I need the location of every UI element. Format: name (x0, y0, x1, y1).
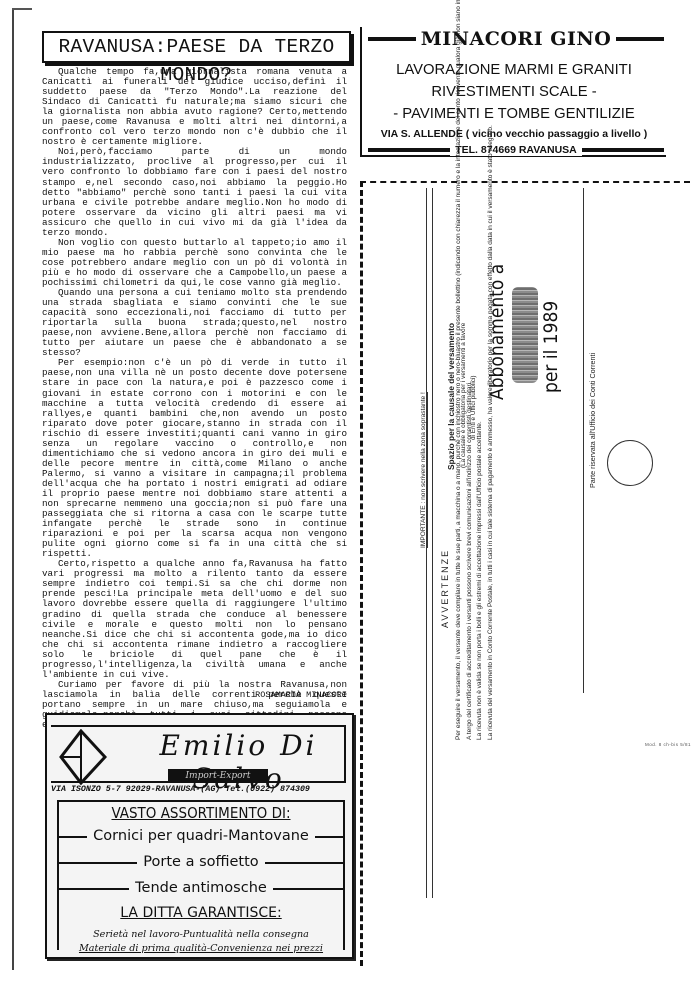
office-reserved-label: Parte riservata all'Ufficio dei Conti Co… (588, 353, 597, 488)
article-paragraph: Non voglio con questo buttarlo al tappet… (42, 238, 347, 288)
article-paragraph: Noi,però,facciamo parte di un mondo indu… (42, 147, 347, 237)
brand-tagline: Import-Export (168, 769, 268, 783)
avvertenze-paragraph: La ricevuta del versamento in Conto Corr… (486, 507, 497, 752)
guarantee-line: Materiale di prima qualità-Convenienza n… (51, 943, 351, 954)
business-phone: TEL. 874669 RAVANUSA (450, 144, 582, 156)
avvertenze-text: Per eseguire il versamento, il versante … (454, 507, 496, 752)
products-box: VASTO ASSORTIMENTO DI: Cornici per quadr… (57, 800, 345, 950)
logo-banner: Emilio Di Salvo Import-Export (51, 725, 346, 783)
stamp-blot (512, 287, 538, 383)
form-code: Mod. 8 ch-bis 5/81 (645, 742, 691, 747)
avvertenze-title: AVVERTENZE (440, 549, 450, 628)
product-item: Porte a soffietto (59, 852, 343, 872)
avvertenze-paragraph: A tergo del certificato di accreditament… (465, 507, 476, 752)
product-item: Cornici per quadri-Mantovane (59, 826, 343, 846)
guarantee-heading: LA DITTA GARANTISCE: (59, 905, 343, 921)
shop-address: VIA ISONZO 5-7 92029-RAVANUSA-(AG) Tel.(… (51, 785, 347, 794)
product-label: Tende antimosche (129, 880, 273, 896)
ad-minacori-gino: MINACORI GINO LAVORAZIONE MARMI E GRANIT… (360, 27, 666, 157)
article-body: Qualche tempo fa,una giornalista romana … (42, 67, 347, 730)
ad-emilio-di-salvo: Emilio Di Salvo Import-Export VIA ISONZO… (45, 713, 354, 959)
subscription-year: per il 1989 (540, 301, 562, 393)
slip-rule (583, 188, 584, 693)
important-notice: IMPORTANTE : non scrivere nella zona sop… (420, 392, 428, 548)
article-paragraph: Qualche tempo fa,una giornalista romana … (42, 67, 347, 147)
cut-line-left (360, 181, 363, 966)
service-line: RIVESTIMENTI SCALE - (362, 84, 666, 100)
products-heading: VASTO ASSORTIMENTO DI: (59, 804, 343, 822)
avvertenze-paragraph: Per eseguire il versamento, il versante … (454, 507, 465, 752)
service-line: - PAVIMENTI E TOMBE GENTILIZIE (362, 106, 666, 122)
tel-row: TEL. 874669 RAVANUSA (368, 143, 664, 157)
article-paragraph: Quando una persona a cui teniamo molto s… (42, 288, 347, 358)
cut-line-top (360, 181, 690, 183)
article-paragraph: Certo,rispetto a qualche anno fa,Ravanus… (42, 559, 347, 680)
product-label: Porte a soffietto (137, 854, 264, 870)
margin-corner-mark (12, 8, 32, 10)
postmark-circle (607, 440, 653, 486)
avvertenze-paragraph: La ricevuta non è valida se non porta i … (475, 507, 486, 752)
product-label: Cornici per quadri-Mantovane (87, 828, 315, 844)
article-title: RAVANUSA:PAESE DA TERZO MONDO? (42, 31, 351, 63)
diamond-logo-icon (59, 729, 107, 787)
service-line: LAVORAZIONE MARMI E GRANITI (362, 62, 666, 78)
name-row: MINACORI GINO (368, 27, 664, 51)
guarantee-line: Serietà nel lavoro-Puntualità nella cons… (51, 929, 351, 940)
margin-rule (12, 10, 14, 970)
business-name: MINACORI GINO (416, 28, 617, 50)
slip-rule (432, 188, 433, 898)
article-paragraph: Per esempio:non c'è un pò di verde in tu… (42, 358, 347, 559)
product-item: Tende antimosche (59, 878, 343, 898)
business-address: VIA S. ALLENDE ( vicino vecchio passaggi… (362, 128, 666, 140)
article-author: ROSAMARIA MINACORI (200, 690, 347, 700)
